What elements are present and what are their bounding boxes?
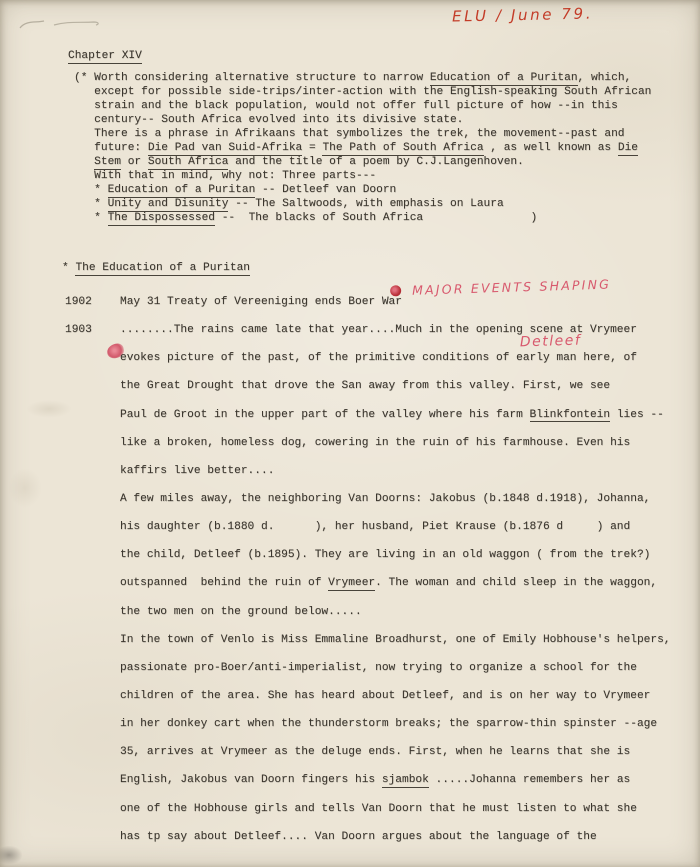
text-segment: ........The rains came late that year...… [120,324,637,336]
text-segment: evokes picture of the past, of the primi… [120,352,637,364]
text-segment: -- The blacks of South Africa ) [215,212,537,224]
text-segment: lies -- [610,409,664,421]
year-label: 1903 [65,323,120,337]
underlined-phrase: South Africa [148,156,229,170]
timeline-row: 35, arrives at Vrymeer as the deluge end… [65,745,671,773]
text-segment: or [121,156,148,168]
timeline-row: his daughter (b.1880 d. ), her husband, … [65,520,671,548]
paper-smudge [8,468,42,508]
text-segment: = [302,142,322,154]
intro-line: except for possible side-trips/inter-act… [74,85,651,99]
text-segment: strain and the black population, would n… [94,100,618,112]
text-segment: . The woman and child sleep in the waggo… [375,577,657,589]
text-segment: * [94,198,107,210]
text-segment: his daughter (b.1880 d. ), her husband, … [120,521,630,533]
text-segment: -- The Saltwoods, with emphasis on Laura [228,198,503,210]
underlined-phrase: Unity and Disunity [108,198,229,212]
text-segment: .....Johanna remembers her as [429,774,630,786]
underlined-phrase: Blinkfontein [530,409,611,423]
intro-line: Stem or South Africa and the title of a … [74,155,651,169]
timeline-row: the child, Detleef (b.1895). They are li… [65,548,671,576]
text-segment: and the title of a poem by C.J.Langenhov… [228,156,523,168]
timeline-row: 1903........The rains came late that yea… [65,323,671,351]
underlined-phrase: Die [618,142,638,156]
timeline-row: English, Jakobus van Doorn fingers his s… [65,773,671,801]
text-segment: like a broken, homeless dog, cowering in… [120,437,630,449]
timeline-row: outspanned behind the ruin of Vrymeer. T… [65,576,671,604]
text-segment: outspanned behind the ruin of [120,577,328,589]
timeline-row: like a broken, homeless dog, cowering in… [65,436,671,464]
timeline-row: evokes picture of the past, of the primi… [65,351,671,379]
intro-line: (* Worth considering alternative structu… [74,71,651,85]
intro-paragraph: (* Worth considering alternative structu… [74,71,651,226]
text-segment: May 31 Treaty of Vereeniging ends Boer W… [120,296,402,308]
underlined-phrase: Vrymeer [328,577,375,591]
pencil-squiggle-icon [14,10,106,40]
text-segment: , as well known as [484,142,618,154]
text-segment: future: [94,142,148,154]
underlined-phrase: Education of a Puritan [430,72,578,86]
section-heading: * The Education of a Puritan [62,261,250,275]
text-segment: has tp say about Detleef.... Van Doorn a… [120,831,597,843]
timeline-row: one of the Hobhouse girls and tells Van … [65,802,671,830]
text-segment: Paul de Groot in the upper part of the v… [120,409,530,421]
text-segment: kaffirs live better.... [120,465,274,477]
chapter-heading-text: Chapter XIV [68,50,142,64]
timeline-row: has tp say about Detleef.... Van Doorn a… [65,830,671,858]
timeline-row: Paul de Groot in the upper part of the v… [65,408,671,436]
timeline-row: In the town of Venlo is Miss Emmaline Br… [65,633,671,661]
section-title-text: The Education of a Puritan [75,262,250,276]
timeline-row: 1902May 31 Treaty of Vereeniging ends Bo… [65,295,671,323]
handwritten-date-note: ELU / June 79. [452,5,593,26]
typewritten-manuscript-page: ELU / June 79. Chapter XIV (* Worth cons… [0,0,700,867]
timeline-row: the two men on the ground below..... [65,605,671,633]
text-segment: the child, Detleef (b.1895). They are li… [120,549,650,561]
text-segment: century-- South Africa evolved into its … [94,114,463,126]
text-segment: * [94,184,107,196]
text-segment: , which, [578,72,632,84]
underlined-phrase: Stem [94,156,121,170]
intro-line: * Unity and Disunity -- The Saltwoods, w… [74,197,651,211]
text-segment: A few miles away, the neighboring Van Do… [120,493,650,505]
text-segment: in her donkey cart when the thunderstorm… [120,718,657,730]
text-segment: There is a phrase in Afrikaans that symb… [94,128,624,140]
intro-line: There is a phrase in Afrikaans that symb… [74,127,651,141]
text-segment: (* Worth considering alternative structu… [74,72,430,84]
underlined-phrase: Die Pad van Suid-Afrika [148,142,302,156]
intro-line: * The Dispossessed -- The blacks of Sout… [74,211,651,225]
text-segment: except for possible side-trips/inter-act… [94,86,651,98]
text-segment: one of the Hobhouse girls and tells Van … [120,803,637,815]
text-segment: English, Jakobus van Doorn fingers his [120,774,382,786]
chapter-heading: Chapter XIV [68,49,142,63]
text-segment: * [94,212,107,224]
underlined-phrase: The Dispossessed [108,212,215,226]
text-segment: passionate pro-Boer/anti-imperialist, no… [120,662,637,674]
timeline-row: kaffirs live better.... [65,464,671,492]
scan-edge-mark [0,846,22,864]
intro-line: century-- South Africa evolved into its … [74,113,651,127]
underlined-phrase: sjambok [382,774,429,788]
intro-line: With that in mind, why not: Three parts-… [74,169,651,183]
underlined-phrase: Education of a Puritan [108,184,256,198]
text-segment: -- Detleef van Doorn [255,184,396,196]
text-segment: children of the area. She has heard abou… [120,690,650,702]
intro-line: strain and the black population, would n… [74,99,651,113]
timeline-body: 1902May 31 Treaty of Vereeniging ends Bo… [65,295,671,858]
text-segment: In the town of Venlo is Miss Emmaline Br… [120,634,671,646]
timeline-row: in her donkey cart when the thunderstorm… [65,717,671,745]
text-segment: the two men on the ground below..... [120,606,362,618]
underlined-phrase: The Path of South Africa [322,142,483,156]
year-label: 1902 [65,295,120,309]
timeline-row: the Great Drought that drove the San awa… [65,379,671,407]
timeline-row: children of the area. She has heard abou… [65,689,671,717]
text-segment: 35, arrives at Vrymeer as the deluge end… [120,746,630,758]
section-marker: * [62,262,75,274]
text-segment: With that in mind, why not: Three parts-… [94,170,376,182]
intro-line: * Education of a Puritan -- Detleef van … [74,183,651,197]
timeline-row: A few miles away, the neighboring Van Do… [65,492,671,520]
text-segment: the Great Drought that drove the San awa… [120,380,610,392]
timeline-row: passionate pro-Boer/anti-imperialist, no… [65,661,671,689]
intro-line: future: Die Pad van Suid-Afrika = The Pa… [74,141,651,155]
